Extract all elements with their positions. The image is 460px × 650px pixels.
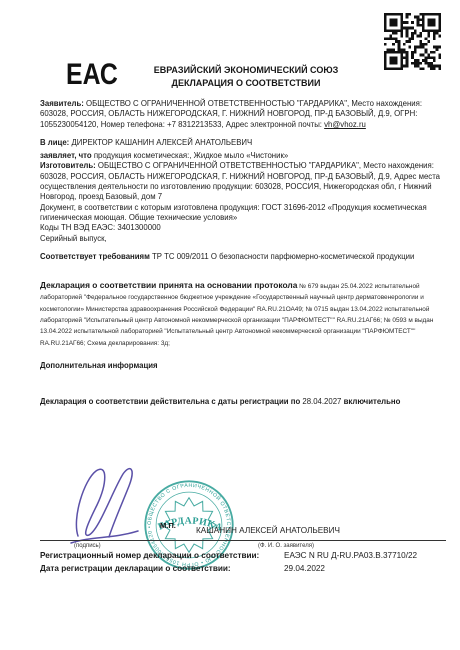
- title-union: ЕВРАЗИЙСКИЙ ЭКОНОМИЧЕСКИЙ СОЮЗ: [110, 64, 382, 77]
- applicant-email-link[interactable]: vh@vhoz.ru: [324, 120, 366, 129]
- person-label: В лице:: [40, 138, 69, 147]
- manufacturer-text: ОБЩЕСТВО С ОГРАНИЧЕННОЙ ОТВЕТСТВЕННОСТЬЮ…: [40, 161, 440, 201]
- conformity-paragraph: Соответствует требованиям ТР ТС 009/2011…: [40, 252, 446, 262]
- person-paragraph: В лице: ДИРЕКТОР КАШАНИН АЛЕКСЕЙ АНАТОЛЬ…: [40, 138, 446, 148]
- signature-line: [40, 540, 446, 541]
- document-title: ЕВРАЗИЙСКИЙ ЭКОНОМИЧЕСКИЙ СОЮЗ ДЕКЛАРАЦИ…: [110, 64, 382, 90]
- handwritten-signature: [68, 460, 150, 553]
- validity-prefix: Декларация о соответствии действительна …: [40, 397, 302, 406]
- validity-paragraph: Декларация о соответствии действительна …: [40, 397, 446, 407]
- protocol-text: № 679 выдан 25.04.2022 испытательной лаб…: [40, 283, 433, 346]
- registration-date-label: Дата регистрации декларации о соответств…: [40, 564, 231, 573]
- declares-paragraph: заявляет, что продукция косметическая:, …: [40, 151, 446, 161]
- name-caption: (Ф. И. О. заявителя): [258, 543, 314, 549]
- declares-label: заявляет, что: [40, 151, 92, 160]
- tnved-codes: Коды ТН ВЭД ЕАЭС: 3401300000: [40, 223, 446, 233]
- registration-number-label: Регистрационный номер декларации о соотв…: [40, 551, 259, 560]
- manufacturer-label: Изготовитель:: [40, 161, 96, 170]
- person-text: ДИРЕКТОР КАШАНИН АЛЕКСЕЙ АНАТОЛЬЕВИЧ: [69, 138, 252, 147]
- company-stamp: ОБЩЕСТВО С ОГРАНИЧЕННОЙ ОТВЕТСТВЕННОСТЬЮ…: [142, 478, 236, 577]
- conformity-label: Соответствует требованиям: [40, 252, 150, 261]
- stamp-rosette: [162, 498, 217, 553]
- stamp-ring-text: ОБЩЕСТВО С ОГРАНИЧЕННОЙ ОТВЕТСТВЕННОСТЬЮ…: [147, 483, 231, 567]
- stamp-center-text: ГАРДАРИКА: [157, 516, 225, 534]
- document-standard: Документ, в соответствии с которым изгот…: [40, 203, 446, 224]
- manufacturer-paragraph: Изготовитель: ОБЩЕСТВО С ОГРАНИЧЕННОЙ ОТ…: [40, 161, 446, 202]
- signature-caption: (подпись): [74, 543, 101, 549]
- validity-suffix: включительно: [341, 397, 400, 406]
- applicant-paragraph: Заявитель: ОБЩЕСТВО С ОГРАНИЧЕННОЙ ОТВЕТ…: [40, 99, 446, 130]
- protocol-label: Декларация о соответствии принята на осн…: [40, 280, 297, 290]
- applicant-label: Заявитель:: [40, 99, 84, 108]
- title-declaration: ДЕКЛАРАЦИЯ О СООТВЕТСТВИИ: [110, 77, 382, 90]
- protocol-paragraph: Декларация о соответствии принята на осн…: [40, 280, 446, 349]
- validity-date: 28.04.2027: [302, 397, 341, 406]
- document-body: Заявитель: ОБЩЕСТВО С ОГРАНИЧЕННОЙ ОТВЕТ…: [40, 99, 446, 408]
- applicant-full-name: КАШАНИН АЛЕКСЕЙ АНАТОЛЬЕВИЧ: [196, 526, 340, 535]
- conformity-text: ТР ТС 009/2011 О безопасности парфюмерно…: [150, 252, 415, 261]
- registration-date-value: 29.04.2022: [284, 564, 325, 573]
- mp-seal-label: М.П.: [160, 521, 176, 530]
- additional-info-heading: Дополнительная информация: [40, 361, 446, 371]
- svg-text:ОБЩЕСТВО С ОГРАНИЧЕННОЙ ОТВЕТС: ОБЩЕСТВО С ОГРАНИЧЕННОЙ ОТВЕТСТВЕННОСТЬЮ…: [147, 483, 231, 567]
- declaration-document: ЕАС ЕВРАЗИЙСКИЙ ЭКОНОМИЧЕСКИЙ СОЮЗ ДЕКЛА…: [0, 0, 460, 650]
- qr-code-icon: [384, 13, 441, 70]
- svg-text:ГАРДАРИКА: ГАРДАРИКА: [157, 516, 225, 534]
- declares-text: продукция косметическая:, Жидкое мыло «Ч…: [92, 151, 289, 160]
- serial-release: Серийный выпуск,: [40, 234, 446, 244]
- registration-number-value: ЕАЭС N RU Д-RU.РА03.В.37710/22: [284, 551, 417, 560]
